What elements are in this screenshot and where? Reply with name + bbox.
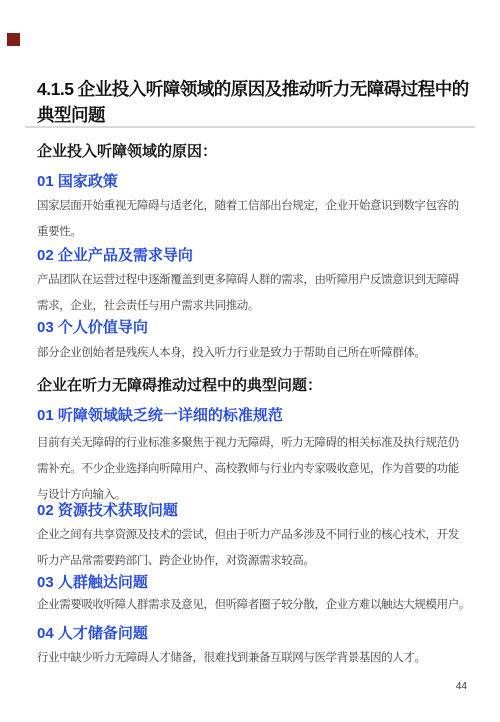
page-number: 44 — [456, 681, 467, 692]
body-user-reach: 企业需要吸收听障人群需求及意见，但听障者圈子较分散，企业方难以触达大规模用户。 — [37, 592, 470, 618]
heading-resources-tech: 02 资源技术获取问题 — [37, 501, 178, 521]
heading-personal-value: 03 个人价值导向 — [37, 318, 148, 338]
section-intro-problems: 企业在听力无障碍推动过程中的典型问题： — [37, 376, 322, 396]
body-personal-value: 部分企业创始者是残疾人本身，投入听力行业是致力于帮助自己所在听障群体。 — [37, 340, 426, 366]
heading-product-demand: 02 企业产品及需求导向 — [37, 246, 193, 266]
corner-marker-square — [7, 33, 20, 46]
body-national-policy: 国家层面开始重视无障碍与适老化，随着工信部出台规定，企业开始意识到数字包容的 重… — [37, 193, 459, 245]
body-standards: 目前有关无障碍的行业标准多聚焦于视力无障碍，听力无障碍的相关标准及执行规范仍 需… — [37, 430, 459, 508]
body-resources-tech: 企业之间有共享资源及技术的尝试，但由于听力产品多涉及不同行业的核心技术，开发 听… — [37, 522, 459, 574]
page-title: 4.1.5 企业投入听障领域的原因及推动听力无障碍过程中的 典型问题 — [37, 76, 470, 128]
heading-user-reach: 03 人群触达问题 — [37, 573, 148, 593]
heading-talent-pool: 04 人才储备问题 — [37, 624, 148, 644]
body-product-demand: 产品团队在运营过程中逐渐覆盖到更多障碍人群的需求，由听障用户反馈意识到无障碍 需… — [37, 267, 459, 319]
title-divider — [25, 126, 475, 128]
body-talent-pool: 行业中缺少听力无障碍人才储备，很难找到兼备互联网与医学背景基因的人才。 — [37, 645, 426, 671]
heading-national-policy: 01 国家政策 — [37, 172, 118, 192]
heading-standards: 01 听障领域缺乏统一详细的标准规范 — [37, 406, 283, 426]
document-page: 4.1.5 企业投入听障领域的原因及推动听力无障碍过程中的 典型问题 企业投入听… — [0, 0, 500, 722]
section-intro-reasons: 企业投入听障领域的原因： — [37, 142, 217, 162]
